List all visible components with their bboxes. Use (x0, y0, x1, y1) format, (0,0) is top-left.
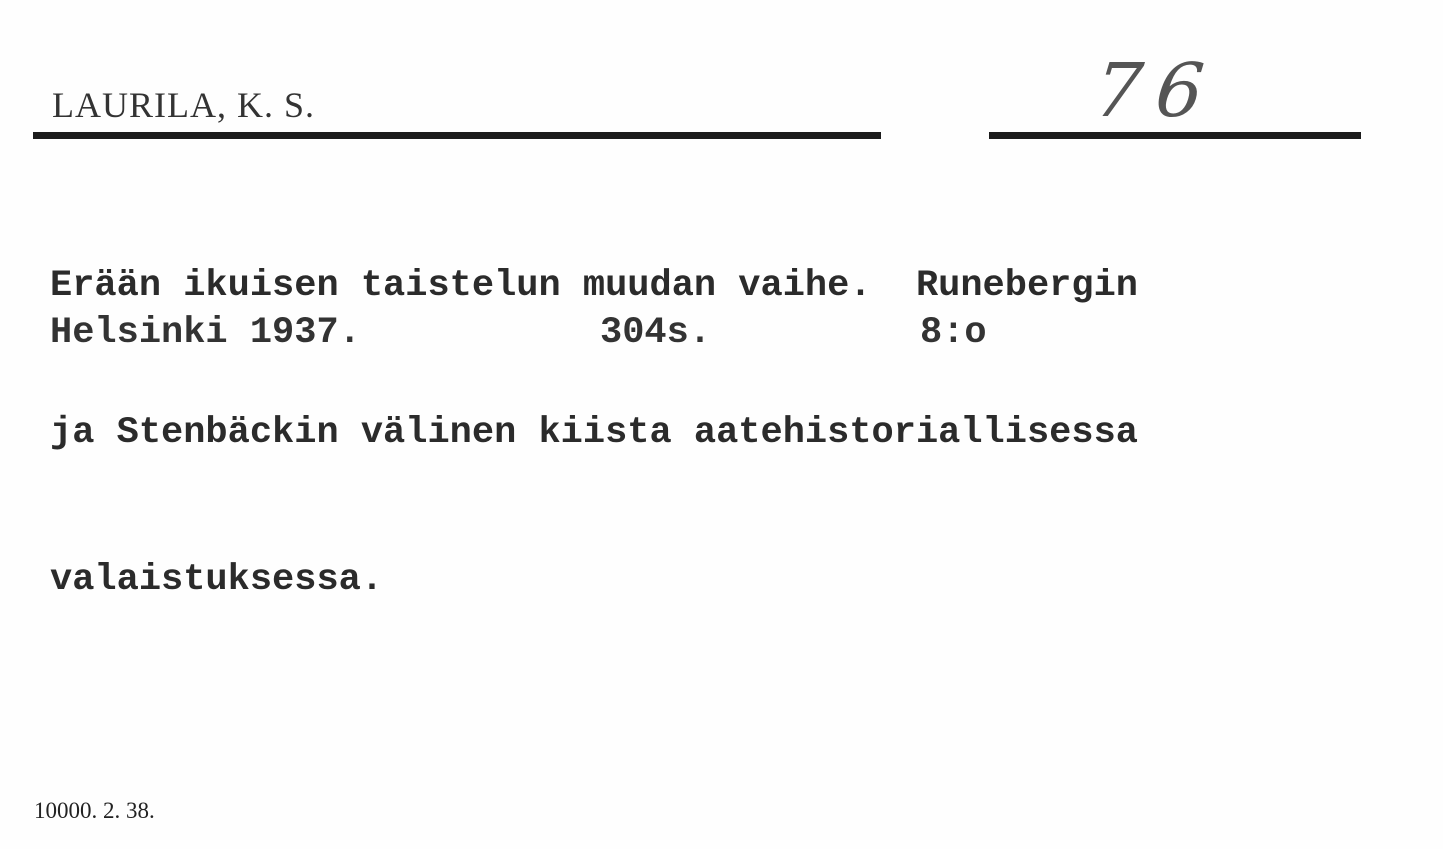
title-line: ja Stenbäckin välinen kiista aatehistori… (50, 409, 1138, 458)
imprint-pages: 304s. (600, 312, 711, 354)
author-heading: LAURILA, K. S. (52, 84, 315, 126)
heading-rule-left (33, 132, 881, 139)
imprint-format: 8:o (920, 312, 987, 354)
catalog-card: LAURILA, K. S. 76 Erään ikuisen taistelu… (0, 0, 1443, 849)
heading-rule-right (989, 132, 1361, 139)
title-line: Erään ikuisen taistelun muudan vaihe. Ru… (50, 262, 1138, 311)
print-code: 10000. 2. 38. (34, 798, 155, 824)
title-line: valaistuksessa. (50, 556, 1138, 605)
call-number: 76 (1090, 48, 1221, 134)
imprint-place-year: Helsinki 1937. (50, 312, 361, 354)
title-block: Erään ikuisen taistelun muudan vaihe. Ru… (50, 164, 1138, 703)
